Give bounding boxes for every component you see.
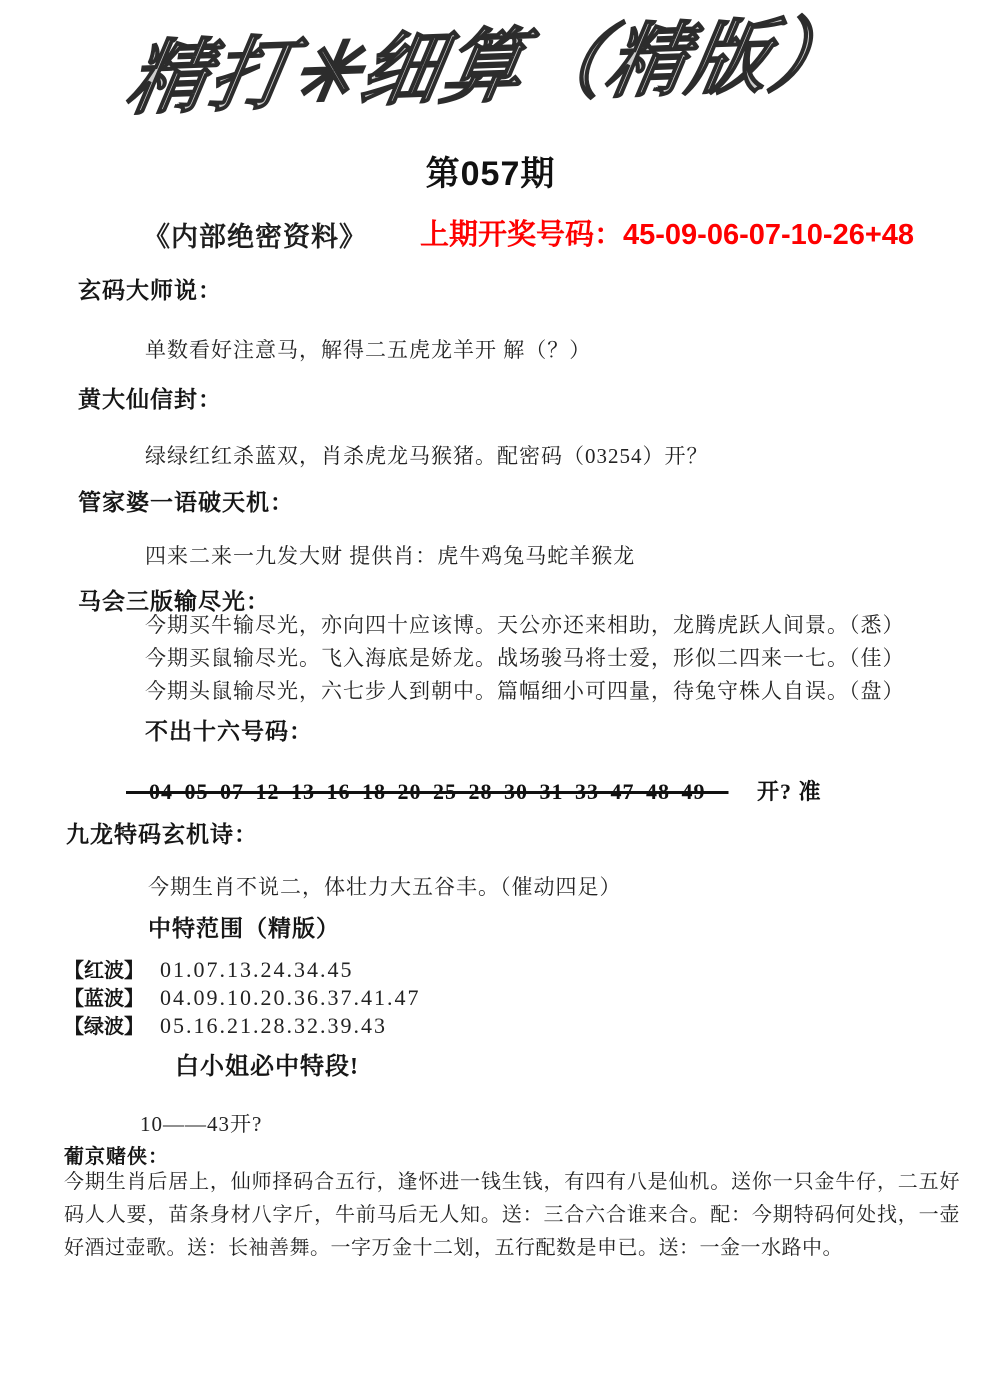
- wave-numbers-red: 01.07.13.24.34.45: [160, 957, 354, 982]
- section-title-baixiaojie: 白小姐必中特段!: [175, 1046, 359, 1081]
- mahui-verse-line: 今期买鼠输尽光。飞入海底是娇龙。战场骏马将士爱，形似二四来一七。（佳）: [145, 642, 905, 672]
- baixiaojie-range-line: 10——43开?: [140, 1108, 262, 1138]
- wave-numbers-blue: 04.09.10.20.36.37.41.47: [160, 985, 421, 1010]
- wave-label-green: 【绿波】: [64, 1016, 144, 1038]
- jiulong-poem-line: 今期生肖不说二，体壮力大五谷丰。（催动四足）: [148, 871, 622, 901]
- section-title-xuanma-master: 玄码大师说：: [78, 272, 222, 305]
- source-label: 《内部绝密资料》: [143, 215, 367, 254]
- mahui-verse-line: 今期头鼠输尽光，六七步人到朝中。篇幅细小可四量，待兔守株人自误。（盘）: [145, 675, 905, 705]
- guanjiapo-tip-line: 四来二来一九发大财 提供肖：虎牛鸡兔马蛇羊猴龙: [145, 540, 635, 570]
- excluded-numbers-row: 04 05 07 12 13 16 18 20 25 28 30 31 33 4…: [126, 775, 822, 806]
- huangdaxian-tip-line: 绿绿红红杀蓝双，肖杀虎龙马猴猪。配密码（03254）开？: [145, 440, 709, 470]
- wave-row-green: 【绿波】 05.16.21.28.32.39.43: [64, 1010, 387, 1039]
- section-title-pujing: 葡京赌侠：: [64, 1140, 169, 1169]
- verdict-text: 开? 准: [757, 779, 822, 804]
- section-title-huangdaxian: 黄大仙信封：: [78, 381, 222, 414]
- last-draw-result: 上期开奖号码：45-09-06-07-10-26+48: [420, 212, 914, 253]
- section-title-sixteen-numbers: 不出十六号码：: [145, 713, 313, 746]
- masthead-logo: 精打✳细算（精版）: [0, 0, 981, 139]
- pujing-verse-paragraph: 今期生肖后居上，仙师择码合五行，逢怀进一钱生钱，有四有八是仙机。送你一只金牛仔，…: [64, 1166, 960, 1265]
- issue-number: 第057期: [0, 146, 981, 195]
- excluded-numbers-strikethrough: 04 05 07 12 13 16 18 20 25 28 30 31 33 4…: [126, 779, 729, 804]
- lottery-tip-sheet: 精打✳细算（精版） 第057期 《内部绝密资料》 上期开奖号码：45-09-06…: [0, 0, 981, 1388]
- wave-row-red: 【红波】 01.07.13.24.34.45: [64, 954, 354, 983]
- mahui-verse-line: 今期买牛输尽光，亦向四十应该博。天公亦还来相助，龙腾虎跃人间景。（悉）: [145, 609, 905, 639]
- xuanma-tip-line: 单数看好注意马，解得二五虎龙羊开 解（？）: [145, 334, 591, 364]
- wave-numbers-green: 05.16.21.28.32.39.43: [160, 1013, 387, 1038]
- section-title-jiulong-poem: 九龙特码玄机诗：: [66, 816, 258, 849]
- range-subtitle: 中特范围（精版）: [148, 910, 340, 943]
- section-title-guanjiapo: 管家婆一语破天机：: [78, 484, 294, 517]
- wave-label-red: 【红波】: [64, 960, 144, 982]
- wave-row-blue: 【蓝波】 04.09.10.20.36.37.41.47: [64, 982, 421, 1011]
- wave-label-blue: 【蓝波】: [64, 988, 144, 1010]
